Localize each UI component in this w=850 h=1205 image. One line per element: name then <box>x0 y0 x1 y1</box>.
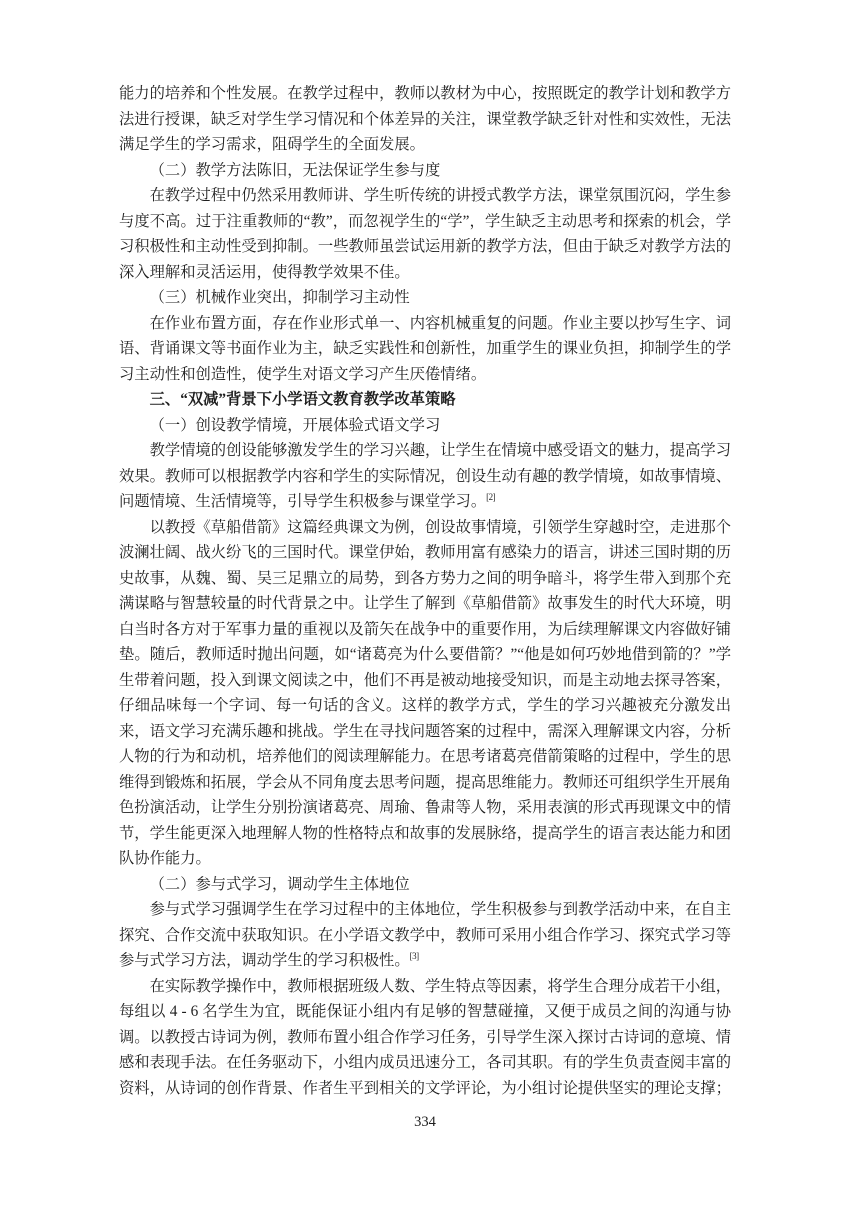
paragraph: 以教授《草船借箭》这篇经典课文为例，创设故事情境，引领学生穿越时空，走进那个波澜… <box>119 515 731 872</box>
citation-ref-3: [3] <box>410 951 419 961</box>
subheading-teaching-situations: （一）创设教学情境，开展体验式语文学习 <box>119 413 731 439</box>
page-number: 334 <box>414 1114 436 1130</box>
page-footer: 334 <box>0 1112 850 1132</box>
paragraph: 教学情境的创设能够激发学生的学习兴趣，让学生在情境中感受语文的魅力，提高学习效果… <box>119 438 731 515</box>
document-content: 能力的培养和个性发展。在教学过程中，教师以教材为中心，按照既定的教学计划和教学方… <box>119 81 731 1101</box>
document-page: 能力的培养和个性发展。在教学过程中，教师以教材为中心，按照既定的教学计划和教学方… <box>0 0 850 1205</box>
subheading-participatory-learning: （二）参与式学习，调动学生主体地位 <box>119 872 731 898</box>
paragraph: 能力的培养和个性发展。在教学过程中，教师以教材为中心，按照既定的教学计划和教学方… <box>119 81 731 158</box>
subheading-mechanical-homework: （三）机械作业突出，抑制学习主动性 <box>119 285 731 311</box>
section-heading-reform-strategies: 三、“双减”背景下小学语文教育教学改革策略 <box>119 387 731 413</box>
citation-ref-2: [2] <box>486 492 495 502</box>
paragraph: 在教学过程中仍然采用教师讲、学生听传统的讲授式教学方法，课堂氛围沉闷，学生参与度… <box>119 183 731 285</box>
paragraph-text: 教学情境的创设能够激发学生的学习兴趣，让学生在情境中感受语文的魅力，提高学习效果… <box>119 442 731 510</box>
paragraph: 参与式学习强调学生在学习过程中的主体地位，学生积极参与到教学活动中来，在自主探究… <box>119 897 731 974</box>
subheading-teaching-methods: （二）教学方法陈旧，无法保证学生参与度 <box>119 158 731 184</box>
paragraph: 在作业布置方面，存在作业形式单一、内容机械重复的问题。作业主要以抄写生字、词语、… <box>119 311 731 388</box>
paragraph-text: 参与式学习强调学生在学习过程中的主体地位，学生积极参与到教学活动中来，在自主探究… <box>119 901 731 969</box>
paragraph: 在实际教学操作中，教师根据班级人数、学生特点等因素，将学生合理分成若干小组，每组… <box>119 974 731 1102</box>
